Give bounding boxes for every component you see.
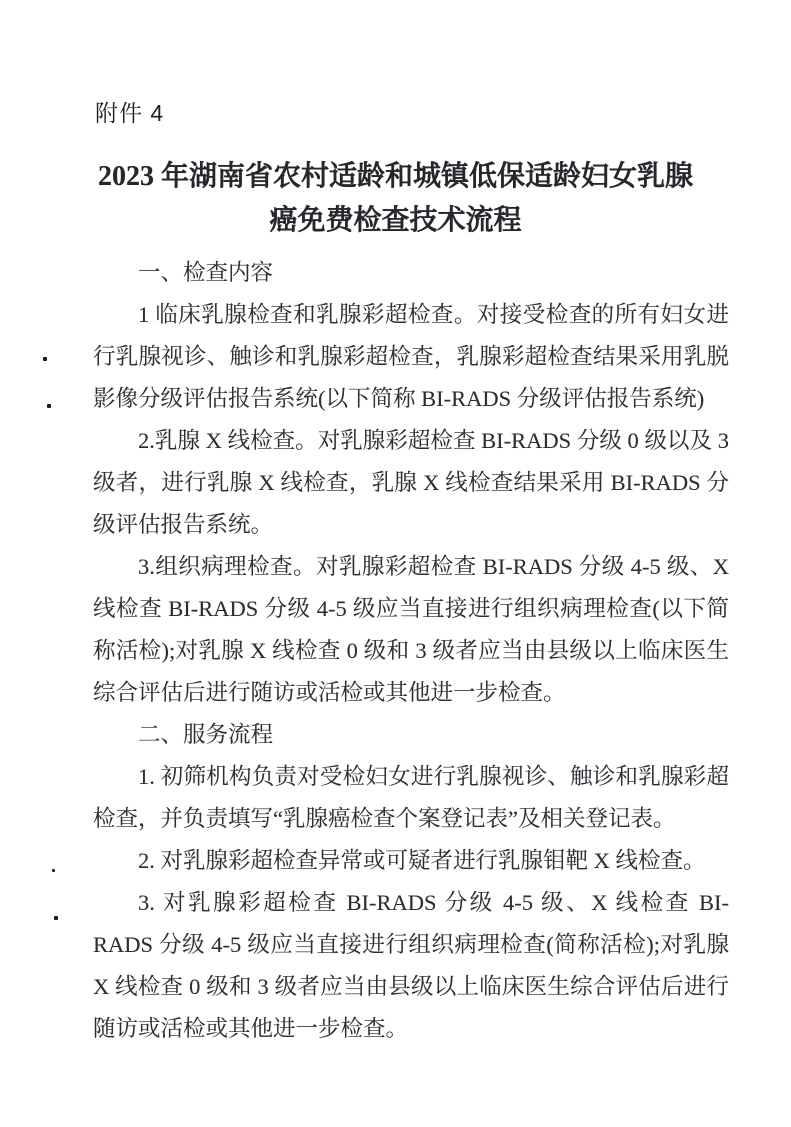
- ink-speck-dot: [52, 869, 55, 872]
- section2-paragraph-2: 2. 对乳腺彩超检查异常或可疑者进行乳腺钼靶 X 线检查。: [93, 840, 729, 882]
- ink-speck-dot: [47, 404, 51, 408]
- document-body: 一、检查内容 1 临床乳腺检查和乳腺彩超检查。对接受检查的所有妇女进行乳腺视诊、…: [93, 252, 729, 1050]
- section1-paragraph-2: 2.乳腺 X 线检查。对乳腺彩超检查 BI-RADS 分级 0 级以及 3 级者…: [93, 420, 729, 546]
- section2-paragraph-1: 1. 初筛机构负责对受检妇女进行乳腺视诊、触诊和乳腺彩超检查，并负责填写“乳腺癌…: [93, 756, 729, 840]
- ink-speck-dot: [43, 357, 47, 361]
- attachment-label: 附件 4: [95, 99, 164, 127]
- section2-paragraph-3: 3. 对乳腺彩超检查 BI-RADS 分级 4-5 级、X 线检查 BI-RAD…: [93, 882, 729, 1050]
- section1-paragraph-3: 3.组织病理检查。对乳腺彩超检查 BI-RADS 分级 4-5 级、X 线检查 …: [93, 546, 729, 714]
- section2-heading: 二、服务流程: [93, 714, 729, 756]
- document-title: 2023 年湖南省农村适龄和城镇低保适龄妇女乳腺癌免费检查技术流程: [96, 155, 696, 243]
- document-page: 附件 4 2023 年湖南省农村适龄和城镇低保适龄妇女乳腺癌免费检查技术流程 一…: [0, 0, 791, 1127]
- ink-speck-dot: [54, 916, 58, 920]
- section1-paragraph-1: 1 临床乳腺检查和乳腺彩超检查。对接受检查的所有妇女进行乳腺视诊、触诊和乳腺彩超…: [93, 294, 729, 420]
- section1-heading: 一、检查内容: [93, 252, 729, 294]
